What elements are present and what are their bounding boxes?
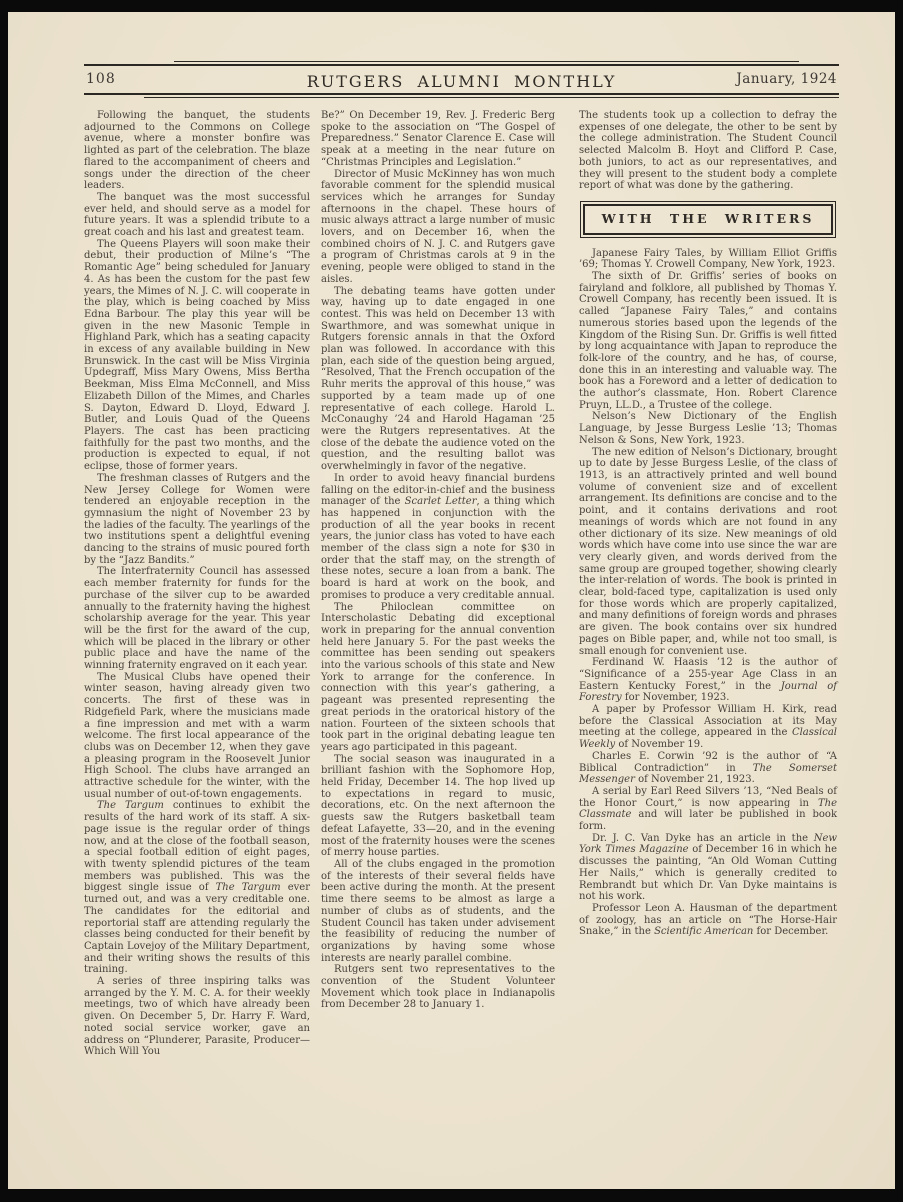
paragraph: Rutgers sent two representatives to the … — [321, 964, 555, 1011]
publication-title: RUTGERS ALUMNI MONTHLY — [84, 72, 839, 91]
paragraph: Nelson’s New Dictionary of the English L… — [579, 411, 837, 446]
paragraph: A paper by Professor William H. Kirk, re… — [579, 704, 837, 751]
page-body: Following the banquet, the students adjo… — [84, 110, 839, 1058]
column-3-top: The students took up a collection to def… — [579, 110, 837, 192]
paragraph: In order to avoid heavy financial burden… — [321, 473, 555, 602]
column-2: Be?” On December 19, Rev. J. Frederic Be… — [321, 110, 555, 1058]
paragraph: The sixth of Dr. Griffis’ series of book… — [579, 271, 837, 411]
section-heading: WITH THE WRITERS — [585, 213, 831, 225]
paragraph: Be?” On December 19, Rev. J. Frederic Be… — [321, 110, 555, 169]
column-1: Following the banquet, the students adjo… — [84, 110, 310, 1058]
paragraph: The freshman classes of Rutgers and the … — [84, 473, 310, 567]
column-3-bottom: Japanese Fairy Tales, by William Elliot … — [579, 248, 837, 938]
paragraph: The Interfraternity Council has assessed… — [84, 566, 310, 671]
with-the-writers-box: WITH THE WRITERS — [580, 201, 836, 238]
paragraph: Director of Music McKinney has won much … — [321, 169, 555, 286]
paragraph: The debating teams have gotten under way… — [321, 286, 555, 473]
paragraph: Ferdinand W. Haasis ’12 is the author of… — [579, 657, 837, 704]
paragraph: The Philoclean committee on Interscholas… — [321, 602, 555, 754]
paragraph: The new edition of Nelson’s Dictionary, … — [579, 447, 837, 658]
paragraph: A series of three inspiring talks was ar… — [84, 976, 310, 1058]
paragraph: Charles E. Corwin ’92 is the author of “… — [579, 751, 837, 786]
paragraph: The students took up a collection to def… — [579, 110, 837, 192]
paragraph: The social season was inaugurated in a b… — [321, 754, 555, 859]
paragraph: The Musical Clubs have opened their wint… — [84, 672, 310, 801]
paragraph: The banquet was the most successful ever… — [84, 192, 310, 239]
with-the-writers-box-inner: WITH THE WRITERS — [583, 204, 833, 235]
paragraph: The Targum continues to exhibit the resu… — [84, 800, 310, 976]
paragraph: Japanese Fairy Tales, by William Elliot … — [579, 248, 837, 271]
column-3: The students took up a collection to def… — [579, 110, 837, 1058]
paragraph: The Queens Players will soon make their … — [84, 239, 310, 473]
paragraph: Dr. J. C. Van Dyke has an article in the… — [579, 833, 837, 903]
paragraph: Following the banquet, the students adjo… — [84, 110, 310, 192]
paragraph: Professor Leon A. Hausman of the departm… — [579, 903, 837, 938]
paragraph: All of the clubs engaged in the promotio… — [321, 859, 555, 964]
paragraph: A serial by Earl Reed Silvers ’13, “Ned … — [579, 786, 837, 833]
magazine-page: 108 RUTGERS ALUMNI MONTHLY January, 1924… — [8, 12, 895, 1189]
page-header: 108 RUTGERS ALUMNI MONTHLY January, 1924 — [84, 64, 839, 95]
